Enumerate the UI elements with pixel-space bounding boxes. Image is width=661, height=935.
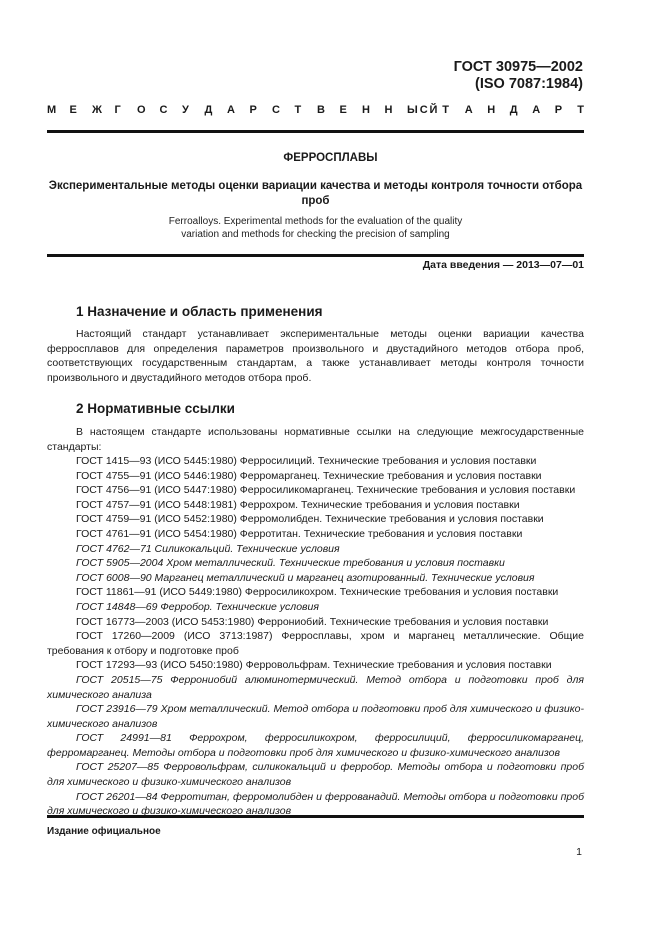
section-2-text: В настоящем стандарте использованы норма… <box>47 425 584 454</box>
reference-item: ГОСТ 23916—79 Хром металлический. Метод … <box>47 702 584 731</box>
document-page: ГОСТ 30975—2002 (ISO 7087:1984) МЕЖГОСУД… <box>0 0 661 935</box>
reference-item: ГОСТ 6008—90 Марганец металлический и ма… <box>47 571 584 586</box>
reference-item: ГОСТ 4759—91 (ИСО 5452:1980) Ферромолибд… <box>47 512 584 527</box>
section-1-paragraph: Настоящий стандарт устанавливает экспери… <box>47 327 584 385</box>
reference-item: ГОСТ 17260—2009 (ИСО 3713:1987) Ферроспл… <box>47 629 584 658</box>
section-2-heading: 2 Нормативные ссылки <box>76 401 235 416</box>
reference-item: ГОСТ 11861—91 (ИСО 5449:1980) Ферросилик… <box>47 585 584 600</box>
reference-item: ГОСТ 14848—69 Ферробор. Технические усло… <box>47 600 584 615</box>
reference-item: ГОСТ 4757—91 (ИСО 5448:1981) Феррохром. … <box>47 498 584 513</box>
page-number: 1 <box>576 846 582 858</box>
reference-item: ГОСТ 17293—93 (ИСО 5450:1980) Ферровольф… <box>47 658 584 673</box>
document-subtitle: Экспериментальные методы оценки вариации… <box>47 179 584 209</box>
document-title: ФЕРРОСПЛАВЫ <box>0 152 661 164</box>
section-1-text: Настоящий стандарт устанавливает экспери… <box>47 327 584 385</box>
reference-item: ГОСТ 1415—93 (ИСО 5445:1980) Ферросилици… <box>47 454 584 469</box>
reference-item: ГОСТ 25207—85 Ферровольфрам, силикокальц… <box>47 760 584 789</box>
reference-item: ГОСТ 4761—91 (ИСО 5454:1980) Ферротитан.… <box>47 527 584 542</box>
english-title: Ferroalloys. Experimental methods for th… <box>47 215 584 241</box>
reference-item: ГОСТ 5905—2004 Хром металлический. Техни… <box>47 556 584 571</box>
top-divider <box>47 130 584 133</box>
official-edition-label: Издание официальное <box>47 826 161 837</box>
reference-item: ГОСТ 4755—91 (ИСО 5446:1980) Ферромарган… <box>47 469 584 484</box>
interstate-word: МЕЖГОСУДАРСТВЕННЫЙ <box>47 104 437 116</box>
reference-item: ГОСТ 4762—71 Силикокальций. Технические … <box>47 542 584 557</box>
gost-number: ГОСТ 30975—2002 <box>454 59 583 76</box>
reference-item: ГОСТ 20515—75 Феррониобий алюминотермиче… <box>47 673 584 702</box>
reference-item: ГОСТ 16773—2003 (ИСО 5453:1980) Ферронио… <box>47 615 584 630</box>
english-title-line-2: variation and methods for checking the p… <box>47 228 584 241</box>
english-title-line-1: Ferroalloys. Experimental methods for th… <box>47 215 584 228</box>
normative-references-list: ГОСТ 1415—93 (ИСО 5445:1980) Ферросилици… <box>47 454 584 819</box>
reference-item: ГОСТ 24991—81 Феррохром, ферросиликохром… <box>47 731 584 760</box>
gost-identifier: ГОСТ 30975—2002 (ISO 7087:1984) <box>454 59 583 93</box>
introduction-date: Дата введения — 2013—07—01 <box>423 259 584 271</box>
title-divider <box>47 254 584 257</box>
footer-divider <box>47 815 584 818</box>
reference-item: ГОСТ 4756—91 (ИСО 5447:1980) Ферросилико… <box>47 483 584 498</box>
section-1-heading: 1 Назначение и область применения <box>76 304 323 319</box>
iso-number: (ISO 7087:1984) <box>454 76 583 93</box>
section-2-paragraph: В настоящем стандарте использованы норма… <box>47 425 584 454</box>
standard-word: СТАНДАРТ <box>420 104 584 116</box>
